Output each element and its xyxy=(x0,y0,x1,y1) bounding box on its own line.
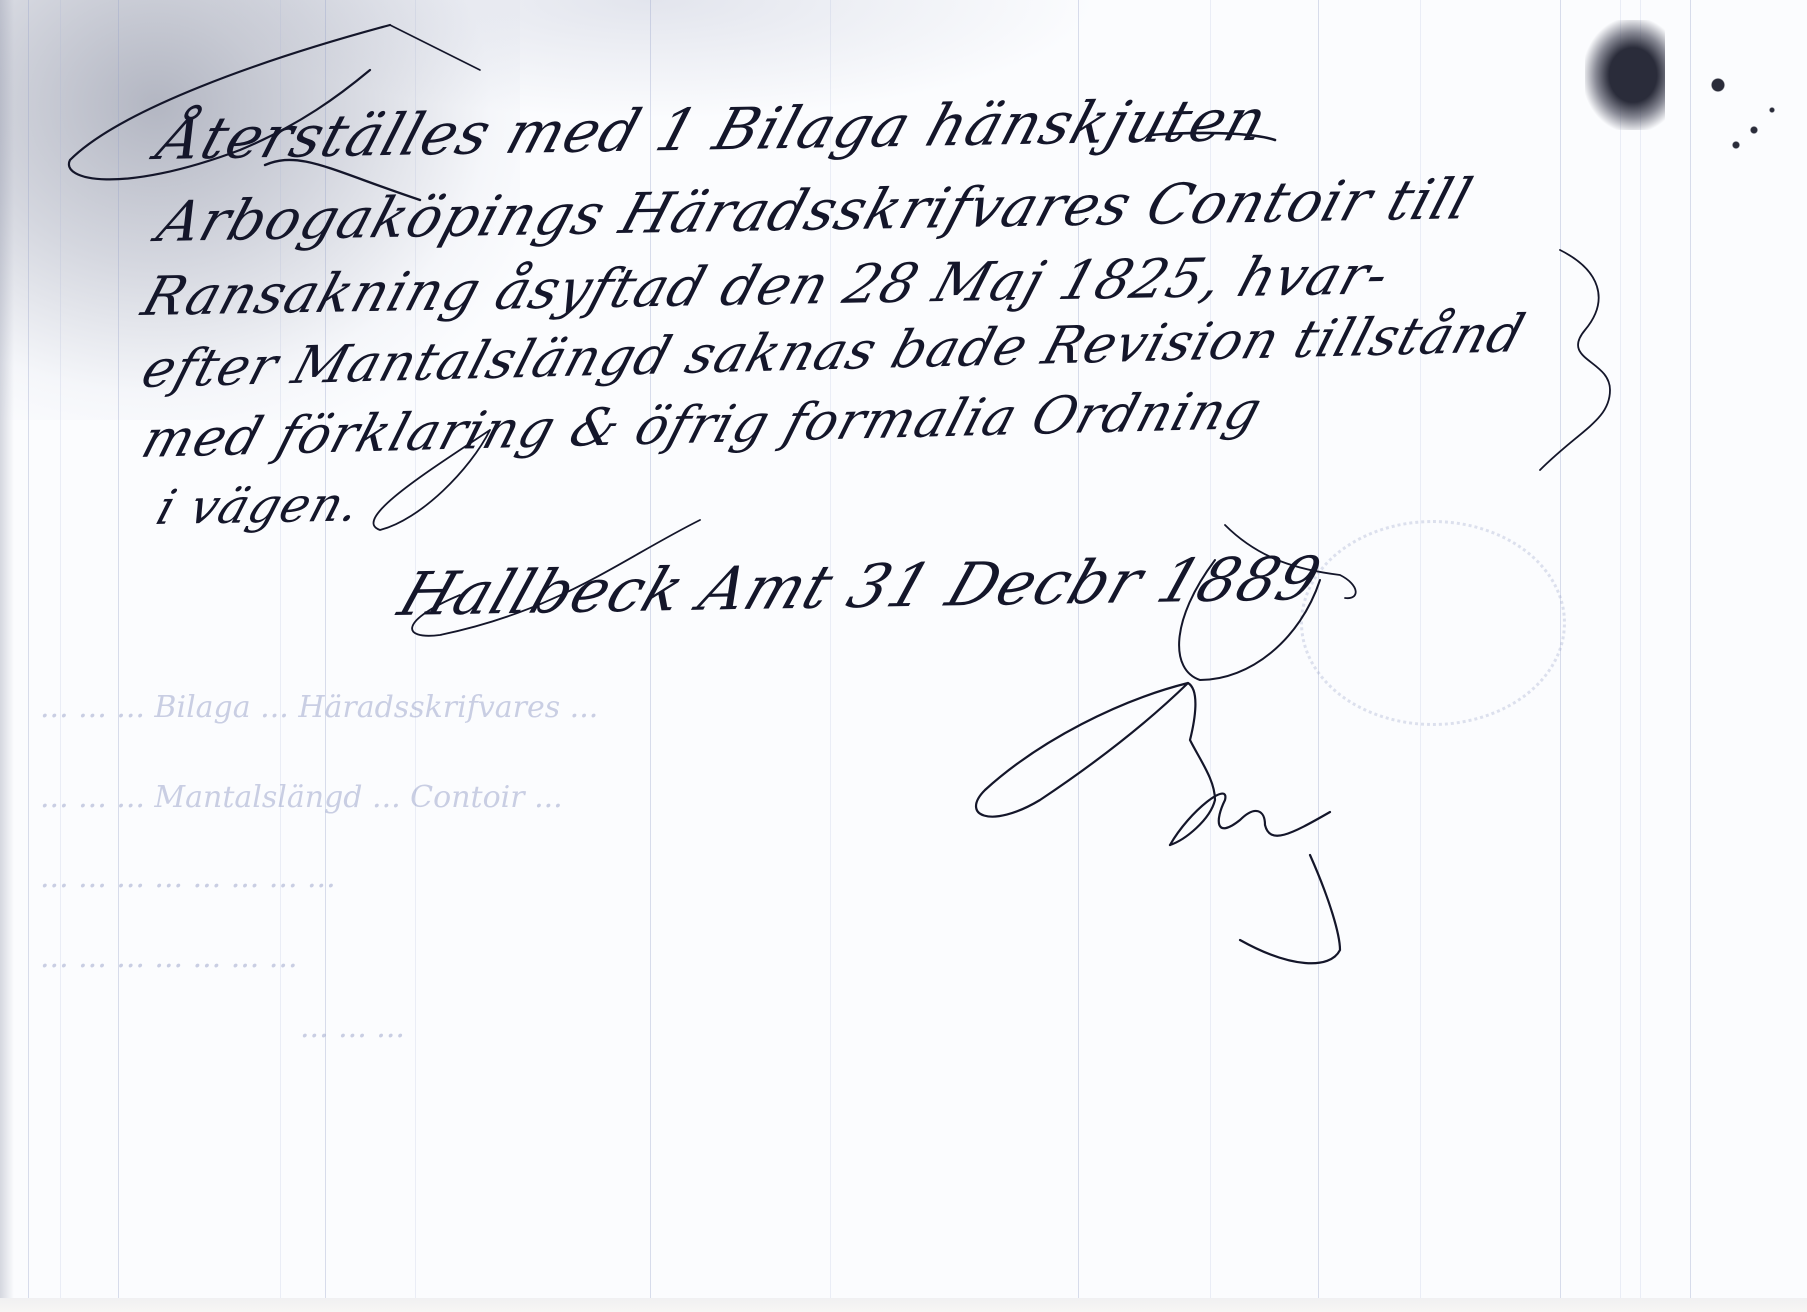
handwritten-line-6: i vägen. xyxy=(150,477,368,536)
scan-bottom-edge xyxy=(0,1298,1807,1312)
document-scan: ... ... ... Bilaga ... Häradsskrifvares … xyxy=(0,0,1807,1312)
